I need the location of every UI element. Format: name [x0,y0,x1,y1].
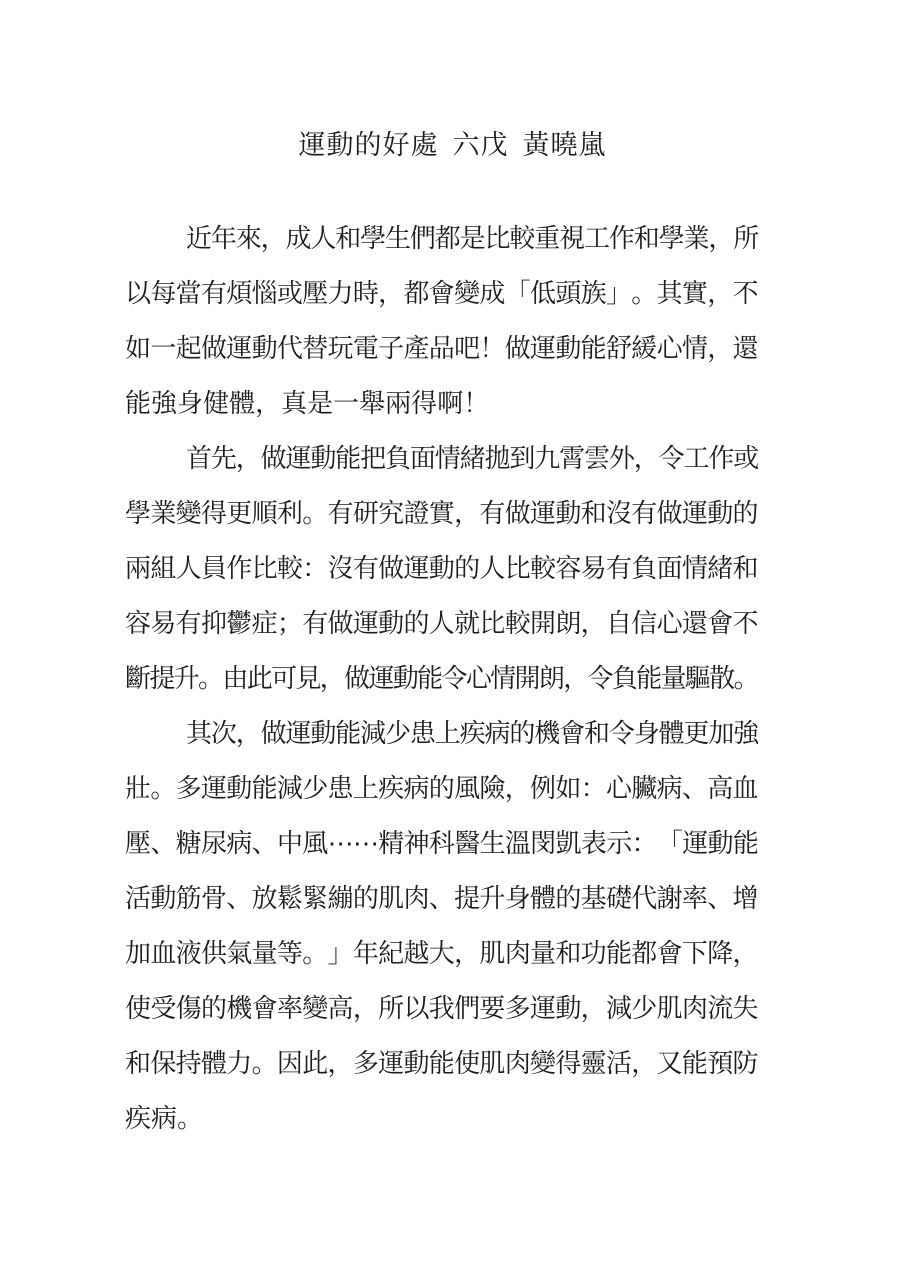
text-line: 兩組人員作比較：沒有做運動的人比較容易有負面情緒和 [125,541,758,596]
text-line: 能強身健體，真是一舉兩得啊！ [125,376,758,431]
text-line: 加血液供氣量等。」年紀越大，肌肉量和功能都會下降， [125,926,758,981]
text-line: 學業變得更順利。有研究證實，有做運動和沒有做運動的 [125,486,758,541]
text-line: 容易有抑鬱症；有做運動的人就比較開朗，自信心還會不 [125,596,758,651]
text-line: 壓、糖尿病、中風⋯⋯精神科醫生溫閔凱表示：「運動能 [125,816,758,871]
text-line: 壯。多運動能減少患上疾病的風險，例如：心臟病、高血 [125,761,758,816]
text-line: 如一起做運動代替玩電子產品吧！做運動能舒緩心情，還 [125,321,758,376]
text-line: 和保持體力。因此，多運動能使肌肉變得靈活，又能預防 [125,1036,758,1091]
text-line: 活動筋骨、放鬆緊繃的肌肉、提升身體的基礎代謝率、增 [125,871,758,926]
text-line: 以每當有煩惱或壓力時，都會變成「低頭族」。其實，不 [125,266,758,321]
text-line: 斷提升。由此可見，做運動能令心情開朗，令負能量驅散。 [125,651,758,706]
text-line: 疾病。 [125,1091,758,1146]
text-line: 其次，做運動能減少患上疾病的機會和令身體更加強 [125,706,758,761]
text-line: 首先，做運動能把負面情緒拋到九霄雲外，令工作或 [125,431,758,486]
text-line: 近年來，成人和學生們都是比較重視工作和學業，所 [125,211,758,266]
document-page: 運動的好處 六戊 黃曉嵐 近年來，成人和學生們都是比較重視工作和學業，所以每當有… [0,0,905,1280]
document-title: 運動的好處 六戊 黃曉嵐 [0,130,905,160]
document-body: 近年來，成人和學生們都是比較重視工作和學業，所以每當有煩惱或壓力時，都會變成「低… [125,211,758,1146]
title-author: 黃曉嵐 [523,130,607,160]
title-class: 六戊 [453,130,509,160]
text-line: 使受傷的機會率變高，所以我們要多運動，減少肌肉流失 [125,981,758,1036]
title-heading: 運動的好處 [299,130,439,160]
